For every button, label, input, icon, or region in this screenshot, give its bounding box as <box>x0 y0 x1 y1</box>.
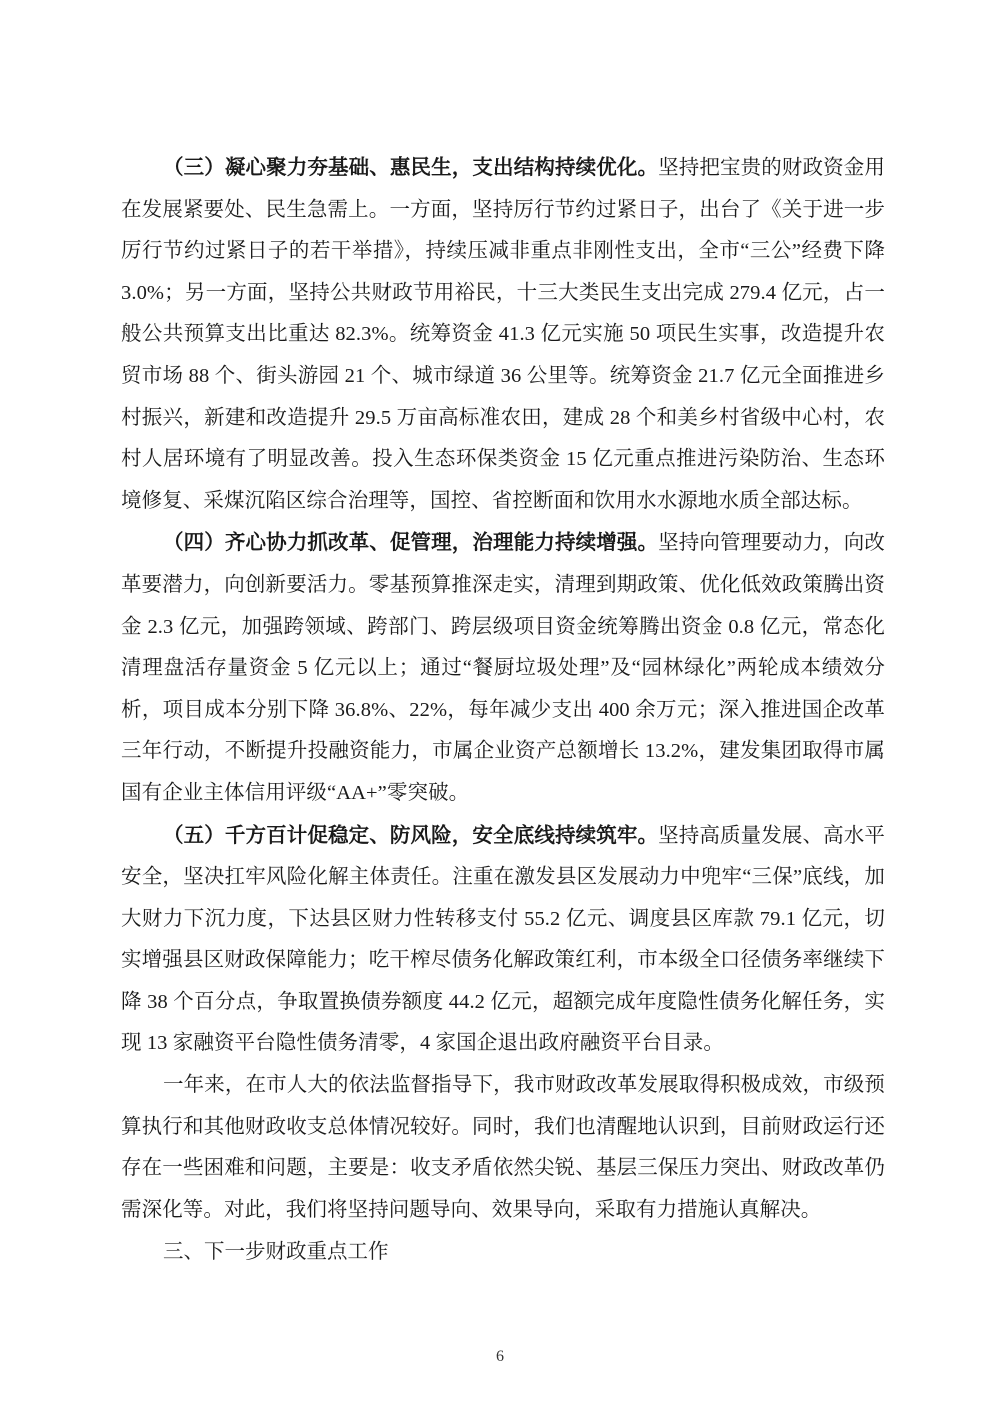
paragraph-body: 一年来，在市人大的依法监督指导下，我市财政改革发展取得积极成效，市级预算执行和其… <box>121 1074 885 1221</box>
paragraph-lead-heading: （三）凝心聚力夯基础、惠民生，支出结构持续优化。 <box>163 155 658 179</box>
section-heading: 三、下一步财政重点工作 <box>121 1231 885 1273</box>
paragraph-expenditure-structure: （三）凝心聚力夯基础、惠民生，支出结构持续优化。坚持把宝贵的财政资金用在发展紧要… <box>121 147 885 522</box>
paragraph-body: 坚持把宝贵的财政资金用在发展紧要处、民生急需上。一方面，坚持厉行节约过紧日子，出… <box>121 157 885 512</box>
paragraph-body: 坚持向管理要动力，向改革要潜力，向创新要活力。零基预算推深走实，清理到期政策、优… <box>121 532 885 804</box>
paragraph-lead-heading: （四）齐心协力抓改革、促管理，治理能力持续增强。 <box>163 530 658 554</box>
paragraph-lead-heading: （五）千方百计促稳定、防风险，安全底线持续筑牢。 <box>163 823 658 847</box>
paragraph-body: 坚持高质量发展、高水平安全，坚决扛牢风险化解主体责任。注重在激发县区发展动力中兜… <box>121 825 885 1055</box>
paragraph-summary: 一年来，在市人大的依法监督指导下，我市财政改革发展取得积极成效，市级预算执行和其… <box>121 1065 885 1231</box>
paragraph-risk-prevention: （五）千方百计促稳定、防风险，安全底线持续筑牢。坚持高质量发展、高水平安全，坚决… <box>121 815 885 1066</box>
paragraph-reform-management: （四）齐心协力抓改革、促管理，治理能力持续增强。坚持向管理要动力，向改革要潜力，… <box>121 522 885 814</box>
page-number: 6 <box>0 1348 1000 1366</box>
document-page: （三）凝心聚力夯基础、惠民生，支出结构持续优化。坚持把宝贵的财政资金用在发展紧要… <box>121 147 885 1273</box>
